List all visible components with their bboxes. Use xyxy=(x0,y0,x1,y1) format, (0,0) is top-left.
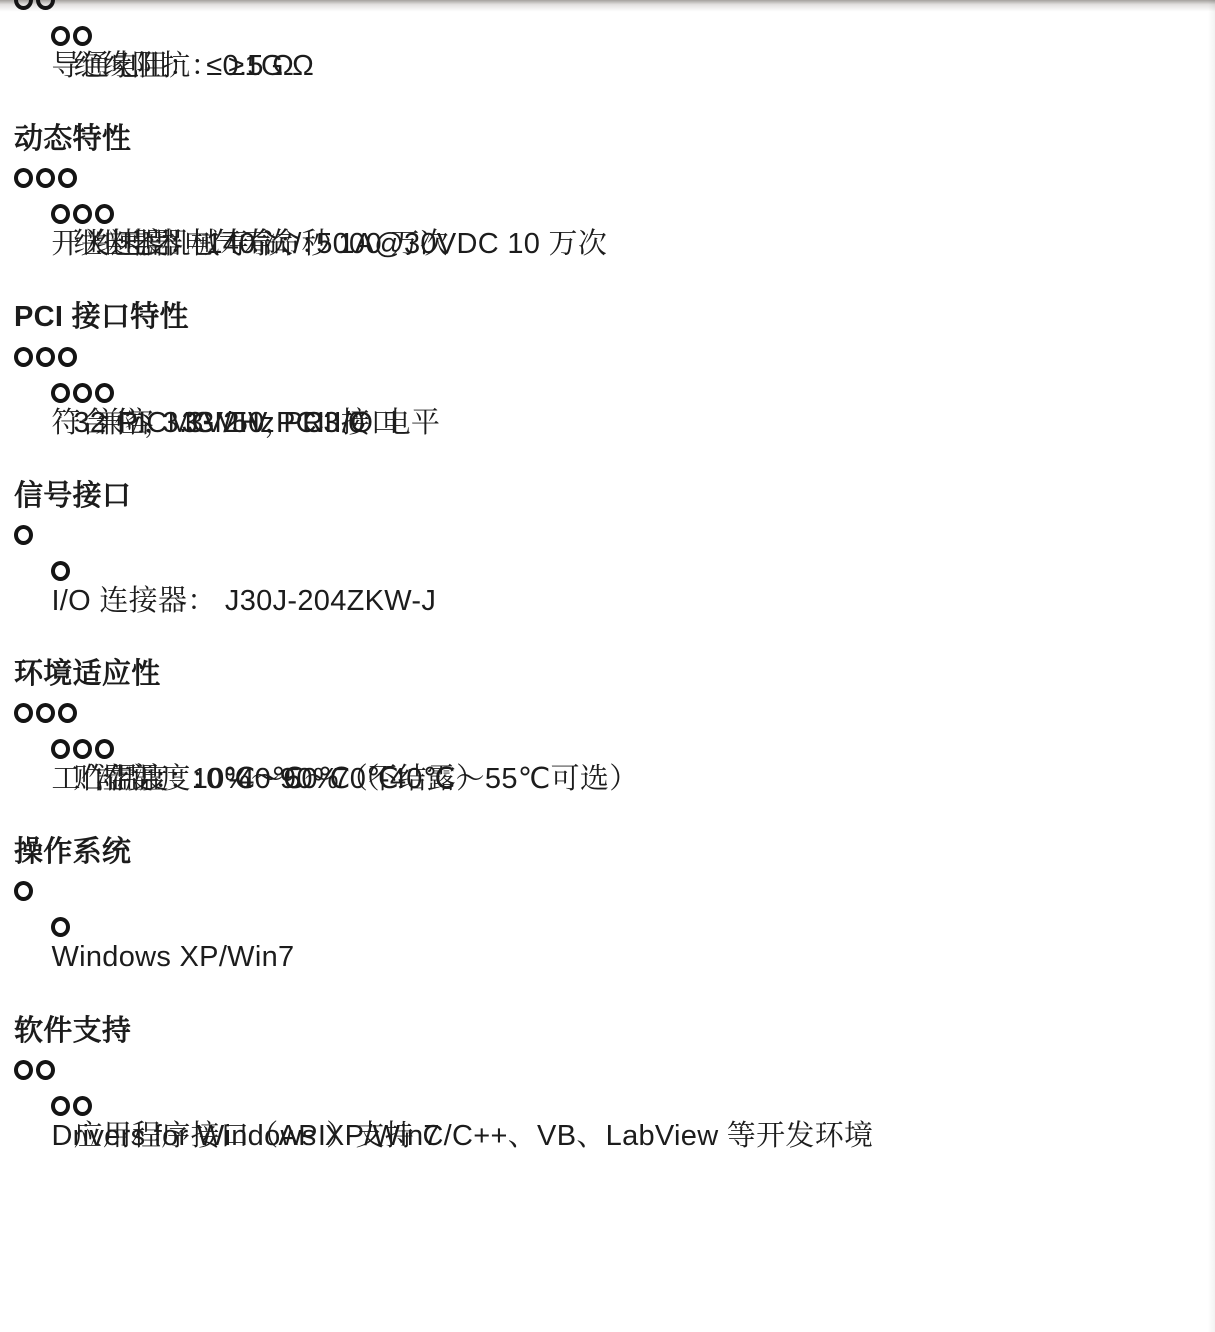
spec-line-bullet: I/O 连接器： J30J-204ZKW-J xyxy=(14,525,33,545)
spec-document: 导通电阻： ≤0.5 Ω 绝缘阻抗： ≥1G Ω 动态特性 开关速度： 140 … xyxy=(14,0,1195,1179)
spec-line-text: 继电器电气寿命： 1A@30VDC 10 万次 xyxy=(95,228,607,260)
spec-line-heading: 信号接口 xyxy=(14,466,1195,527)
spec-line-bullet: 符合 PICMG 2.0， R3.0 xyxy=(14,347,33,367)
spec-line-bullet: 贮存温度： -40℃～70℃ xyxy=(36,703,55,723)
ring-bullet-icon xyxy=(73,1096,92,1116)
ring-bullet-icon xyxy=(51,561,70,581)
ring-bullet-icon xyxy=(95,383,114,403)
spec-line-text: 软件支持 xyxy=(14,1017,131,1046)
spec-line-text: 信号接口 xyxy=(14,482,131,511)
spec-line-bullet: Drivers for Windows XP/Win7 xyxy=(14,1060,33,1080)
spec-line-text: 应用程序接口（API）支持 C/C++、VB、LabView 等开发环境 xyxy=(73,1120,873,1152)
page-right-edge-shadow xyxy=(1208,0,1215,1332)
spec-line-bullet: Windows XP/Win7 xyxy=(14,881,33,901)
spec-line-bullet: 32 位， 33MHz PCI 接口 xyxy=(36,347,55,367)
ring-bullet-icon xyxy=(95,739,114,759)
spec-line-heading: 操作系统 xyxy=(14,822,1195,883)
spec-line-heading: 环境适应性 xyxy=(14,644,1195,705)
spec-line-text: I/O 连接器： J30J-204ZKW-J xyxy=(51,585,436,617)
ring-bullet-icon xyxy=(73,26,92,46)
ring-bullet-icon xyxy=(51,917,70,937)
spec-line-text: Windows XP/Win7 xyxy=(51,941,294,973)
spec-line-text: 环境适应性 xyxy=(14,660,161,689)
spec-line-bullet: 导通电阻： ≤0.5 Ω xyxy=(14,0,33,10)
spec-line-bullet: 工作温度： 0℃～50℃（-40℃～55℃可选） xyxy=(14,703,33,723)
spec-line-bullet: 继电器机械寿命： 5000 万次 xyxy=(36,168,55,188)
spec-line-heading: 动态特性 xyxy=(14,109,1195,170)
spec-line-bullet: 继电器电气寿命： 1A@30VDC 10 万次 xyxy=(58,168,77,188)
spec-line-heading: PCI 接口特性 xyxy=(14,287,1195,348)
spec-line-text: 动态特性 xyxy=(14,125,131,154)
spec-line-bullet: 兼容 3.3V/5V PCI I/O 电平 xyxy=(58,347,77,367)
ring-bullet-icon xyxy=(95,204,114,224)
spec-line-bullet: 应用程序接口（API）支持 C/C++、VB、LabView 等开发环境 xyxy=(36,1060,55,1080)
spec-line-heading: 软件支持 xyxy=(14,1000,1195,1061)
spec-line-text: PCI 接口特性 xyxy=(14,303,189,332)
spec-line-text: 操作系统 xyxy=(14,838,131,867)
spec-line-bullet: 湿度： 10%～90%（不结露） xyxy=(58,703,77,723)
spec-line-text: 湿度： 10%～90%（不结露） xyxy=(95,763,485,795)
spec-line-text: 兼容 3.3V/5V PCI I/O 电平 xyxy=(95,407,440,439)
spec-line-text: 绝缘阻抗： ≥1G Ω xyxy=(73,50,314,82)
spec-line-bullet: 绝缘阻抗： ≥1G Ω xyxy=(36,0,55,10)
spec-line-bullet: 开关速度： 140 次/秒 xyxy=(14,168,33,188)
